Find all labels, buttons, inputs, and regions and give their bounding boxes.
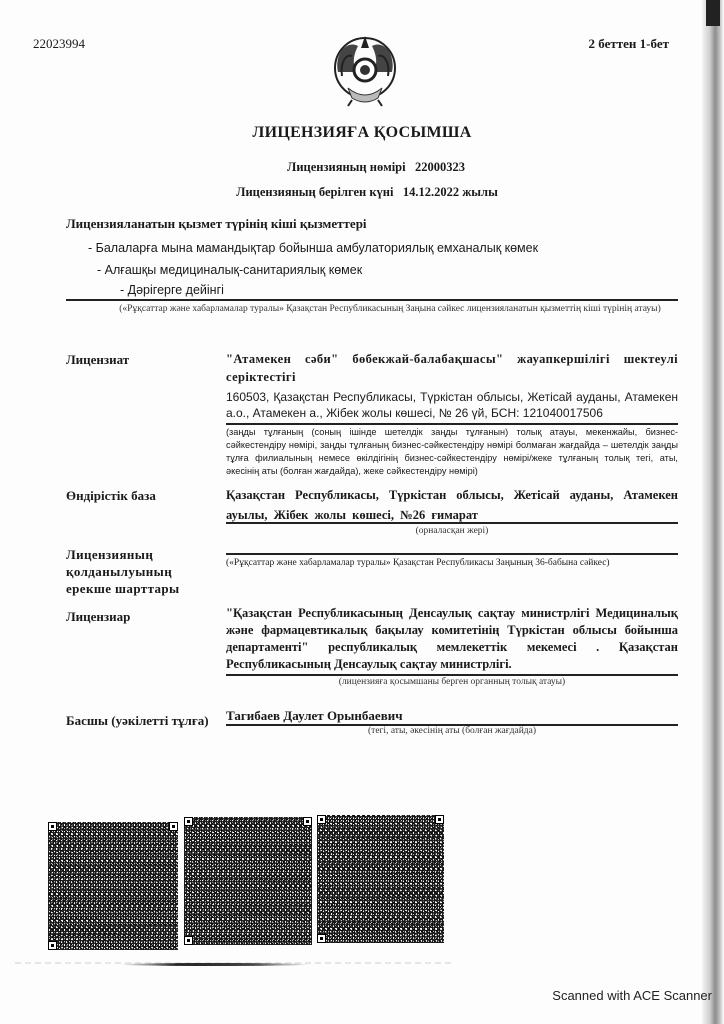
special-conditions-value: («Рұқсаттар және хабарламалар туралы» Қа… [226, 556, 678, 570]
activity-caption: («Рұқсаттар және хабарламалар туралы» Қа… [70, 302, 710, 316]
qr-code-3 [317, 815, 444, 943]
production-base-caption: (орналасқан жері) [226, 526, 678, 536]
license-date-line: Лицензияның берілген күні 14.12.2022 жыл… [0, 185, 724, 200]
document-number: 22023994 [33, 36, 85, 52]
qr-code-2 [184, 817, 312, 945]
head-name: Тагибаев Даулет Орынбаевич [226, 708, 403, 724]
special-conditions-label-line: ерекше шарттары [66, 580, 180, 597]
license-date-value: 14.12.2022 жылы [403, 185, 498, 199]
divider [226, 674, 678, 676]
special-conditions-label: Лицензияның қолданылуының ерекше шарттар… [66, 546, 180, 597]
divider [226, 553, 678, 555]
licensor-caption: (лицензияға қосымшаны берген органның то… [226, 677, 678, 687]
head-label: Басшы (уәкілетті тұлға) [66, 713, 209, 729]
document-page: 22023994 2 беттен 1-бет ЛИЦЕНЗИЯҒА ҚОСЫМ… [0, 0, 724, 1024]
divider [66, 299, 678, 301]
scan-edge-shadow [702, 0, 724, 1024]
head-caption: (тегі, аты, әкесінің аты (болған жағдайд… [226, 726, 678, 736]
license-number-line: Лицензияның нөмірі 22000323 [0, 160, 724, 175]
activity-heading: Лицензияланатын қызмет түрінің кіші қызм… [66, 216, 367, 232]
scan-smudge [120, 963, 310, 966]
document-title: ЛИЦЕНЗИЯҒА ҚОСЫМША [0, 124, 724, 142]
special-conditions-label-line: Лицензияның [66, 546, 180, 563]
divider [226, 522, 678, 524]
licensee-name: "Атамекен сәби" бөбекжай-балабақшасы" жа… [226, 350, 678, 386]
activity-item: - Алғашқы медициналық-санитариялық көмек [97, 263, 362, 277]
activity-item: - Дәрігерге дейінгі [120, 283, 224, 297]
page-count: 2 беттен 1-бет [589, 36, 669, 52]
licensee-caption: (заңды тұлғаның (соның ішінде шетелдік з… [226, 426, 678, 478]
special-conditions-label-line: қолданылуының [66, 563, 180, 580]
production-base-value: Қазақстан Республикасы, Түркістан облысы… [226, 485, 678, 525]
licensor-value: "Қазақстан Республикасының Денсаулық сақ… [226, 605, 678, 673]
activity-item: - Балаларға мына мамандықтар бойынша амб… [88, 241, 538, 255]
license-date-label: Лицензияның берілген күні [236, 185, 393, 199]
state-emblem-icon [328, 32, 402, 108]
scanner-watermark: Scanned with ACE Scanner [552, 988, 712, 1003]
license-number-value: 22000323 [415, 160, 465, 174]
licensor-label: Лицензиар [66, 609, 130, 625]
licensee-address: 160503, Қазақстан Республикасы, Түркіста… [226, 389, 678, 421]
production-base-label: Өндірістік база [66, 488, 156, 504]
licensee-label: Лицензиат [66, 352, 129, 368]
divider [226, 423, 678, 425]
qr-code-1 [48, 822, 178, 950]
license-number-label: Лицензияның нөмірі [287, 160, 406, 174]
